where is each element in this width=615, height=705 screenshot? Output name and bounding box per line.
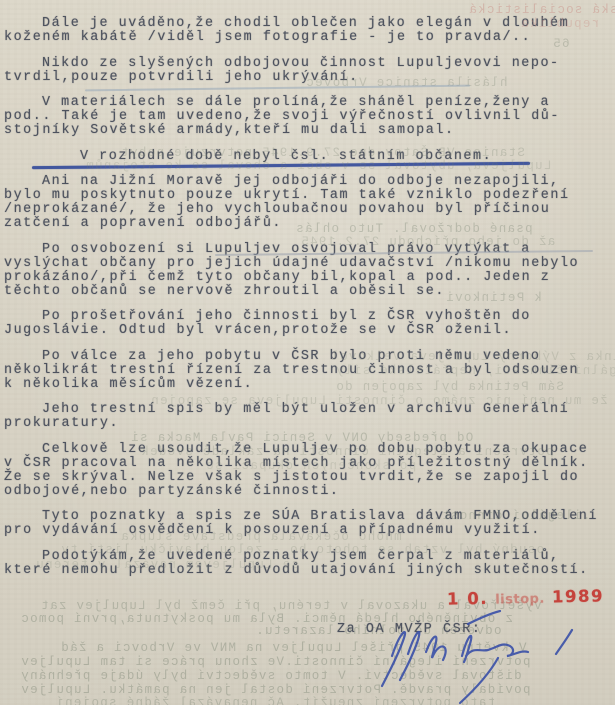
paragraph: Tyto poznatky a spis ze SÚA Bratislava d… [4, 510, 608, 538]
text-line: pro vydávání osvědčení k posouzení a pří… [4, 524, 608, 538]
text-line: odbojové,nebo partyzánské činnosti. [4, 485, 608, 499]
text-line: několikrát trestní řízení za trestnou či… [4, 364, 608, 378]
text-line: Nikdo ze slyšených odbojovou činnost Lup… [4, 57, 608, 71]
paragraph: Po prošetřování jeho činnosti byl z ČSR … [4, 310, 608, 338]
text-line: Po válce za jeho pobytu v ČSR bylo proti… [4, 350, 608, 364]
paragraph: Ani na Jižní Moravě jej odbojáři do odbo… [4, 175, 608, 231]
blue-underlined-text: V rozhodné době nebyl čsl. státním občan… [42, 150, 492, 164]
text-line: Celkově lze usoudit,že Lupuljev po dobu … [4, 443, 608, 457]
paragraph: Jeho trestní spis by měl být uložen v ar… [4, 403, 608, 431]
document-page: Dále je uváděno,že chodil oblečen jako e… [0, 0, 615, 705]
signature-stroke [468, 611, 500, 624]
signature-stroke [462, 636, 471, 662]
signature-stroke [466, 645, 528, 656]
text-line: Podotýkám,že uvedené poznatky jsem čerpa… [4, 550, 608, 564]
typewritten-body: Dále je uváděno,že chodil oblečen jako e… [4, 17, 608, 589]
text-line: pod.. Také je tam uvedeno,že svoji výřeč… [4, 110, 608, 124]
text-line: Jeho trestní spis by měl být uložen v ar… [4, 403, 608, 417]
text-line: prokázáno/,při čemž tyto občany bil,kopa… [4, 271, 608, 285]
text-line: /neprokázané/, že jeho vychloubačnou pov… [4, 203, 608, 217]
text-line: které nemohu předložit z důvodů utajován… [4, 564, 608, 578]
text-line: V materiálech se dále prolíná,že sháněl … [4, 96, 608, 110]
text-line: Že se skrýval. Nelze však s jistotou tvr… [4, 471, 608, 485]
text-line: bylo mu poskytnuto pouze ukrytí. Tam tak… [4, 189, 608, 203]
signature [350, 610, 590, 705]
text-line: V rozhodné době nebyl čsl. státním občan… [4, 150, 608, 164]
signature-stroke [426, 637, 446, 660]
text-line: k několika měsícům vězení. [4, 378, 608, 392]
paragraph: Dále je uváděno,že chodil oblečen jako e… [4, 17, 608, 45]
text-line: Po osvobození si Lupuljev osvojoval práv… [4, 243, 608, 257]
stamp-day: 1 0. [447, 589, 488, 609]
text-line: Dále je uváděno,že chodil oblečen jako e… [4, 17, 608, 31]
text-line: vyslýchat občany pro jejich údajné udava… [4, 257, 608, 271]
text-line: Jugoslávie. Odtud byl vrácen,protože se … [4, 324, 608, 338]
paragraph: Celkově lze usoudit,že Lupuljev po dobu … [4, 443, 608, 499]
paragraph: Nikdo ze slyšených odbojovou činnost Lup… [4, 57, 608, 85]
paragraph: Po válce za jeho pobytu v ČSR bylo proti… [4, 350, 608, 392]
text-line: zatčení a popravení odbojářů. [4, 217, 608, 231]
text-line: těchto občanů se nervově zhroutil a oběs… [4, 285, 608, 299]
paragraph: V materiálech se dále prolíná,že sháněl … [4, 96, 608, 138]
text-line: stojníky Sovětské armády,kteří mu dali s… [4, 124, 608, 138]
text-line: koženém kabátě /viděl jsem fotografie - … [4, 31, 608, 45]
text-line: v ČSR pracoval na několika místech jako … [4, 457, 608, 471]
stamp-year: 1989 [552, 586, 604, 606]
signature-stroke [460, 658, 498, 703]
text-line: Po prošetřování jeho činnosti byl z ČSR … [4, 310, 608, 324]
date-stamp: 1 0. listop. 1989 [447, 586, 604, 608]
paragraph: V rozhodné době nebyl čsl. státním občan… [4, 150, 608, 164]
text-line: Ani na Jižní Moravě jej odbojáři do odbo… [4, 175, 608, 189]
ghost-text: Česká socialistická [468, 3, 615, 17]
text-line: prokuratury. [4, 417, 608, 431]
paragraph: Podotýkám,že uvedené poznatky jsem čerpa… [4, 550, 608, 578]
stamp-month: listop. [495, 592, 545, 608]
paragraph: Po osvobození si Lupuljev osvojoval práv… [4, 243, 608, 299]
text-line: Tyto poznatky a spis ze SÚA Bratislava d… [4, 510, 608, 524]
text-line: tvrdil,pouze potvrdili jeho ukrývání. [4, 71, 608, 85]
signature-stroke [556, 630, 572, 654]
